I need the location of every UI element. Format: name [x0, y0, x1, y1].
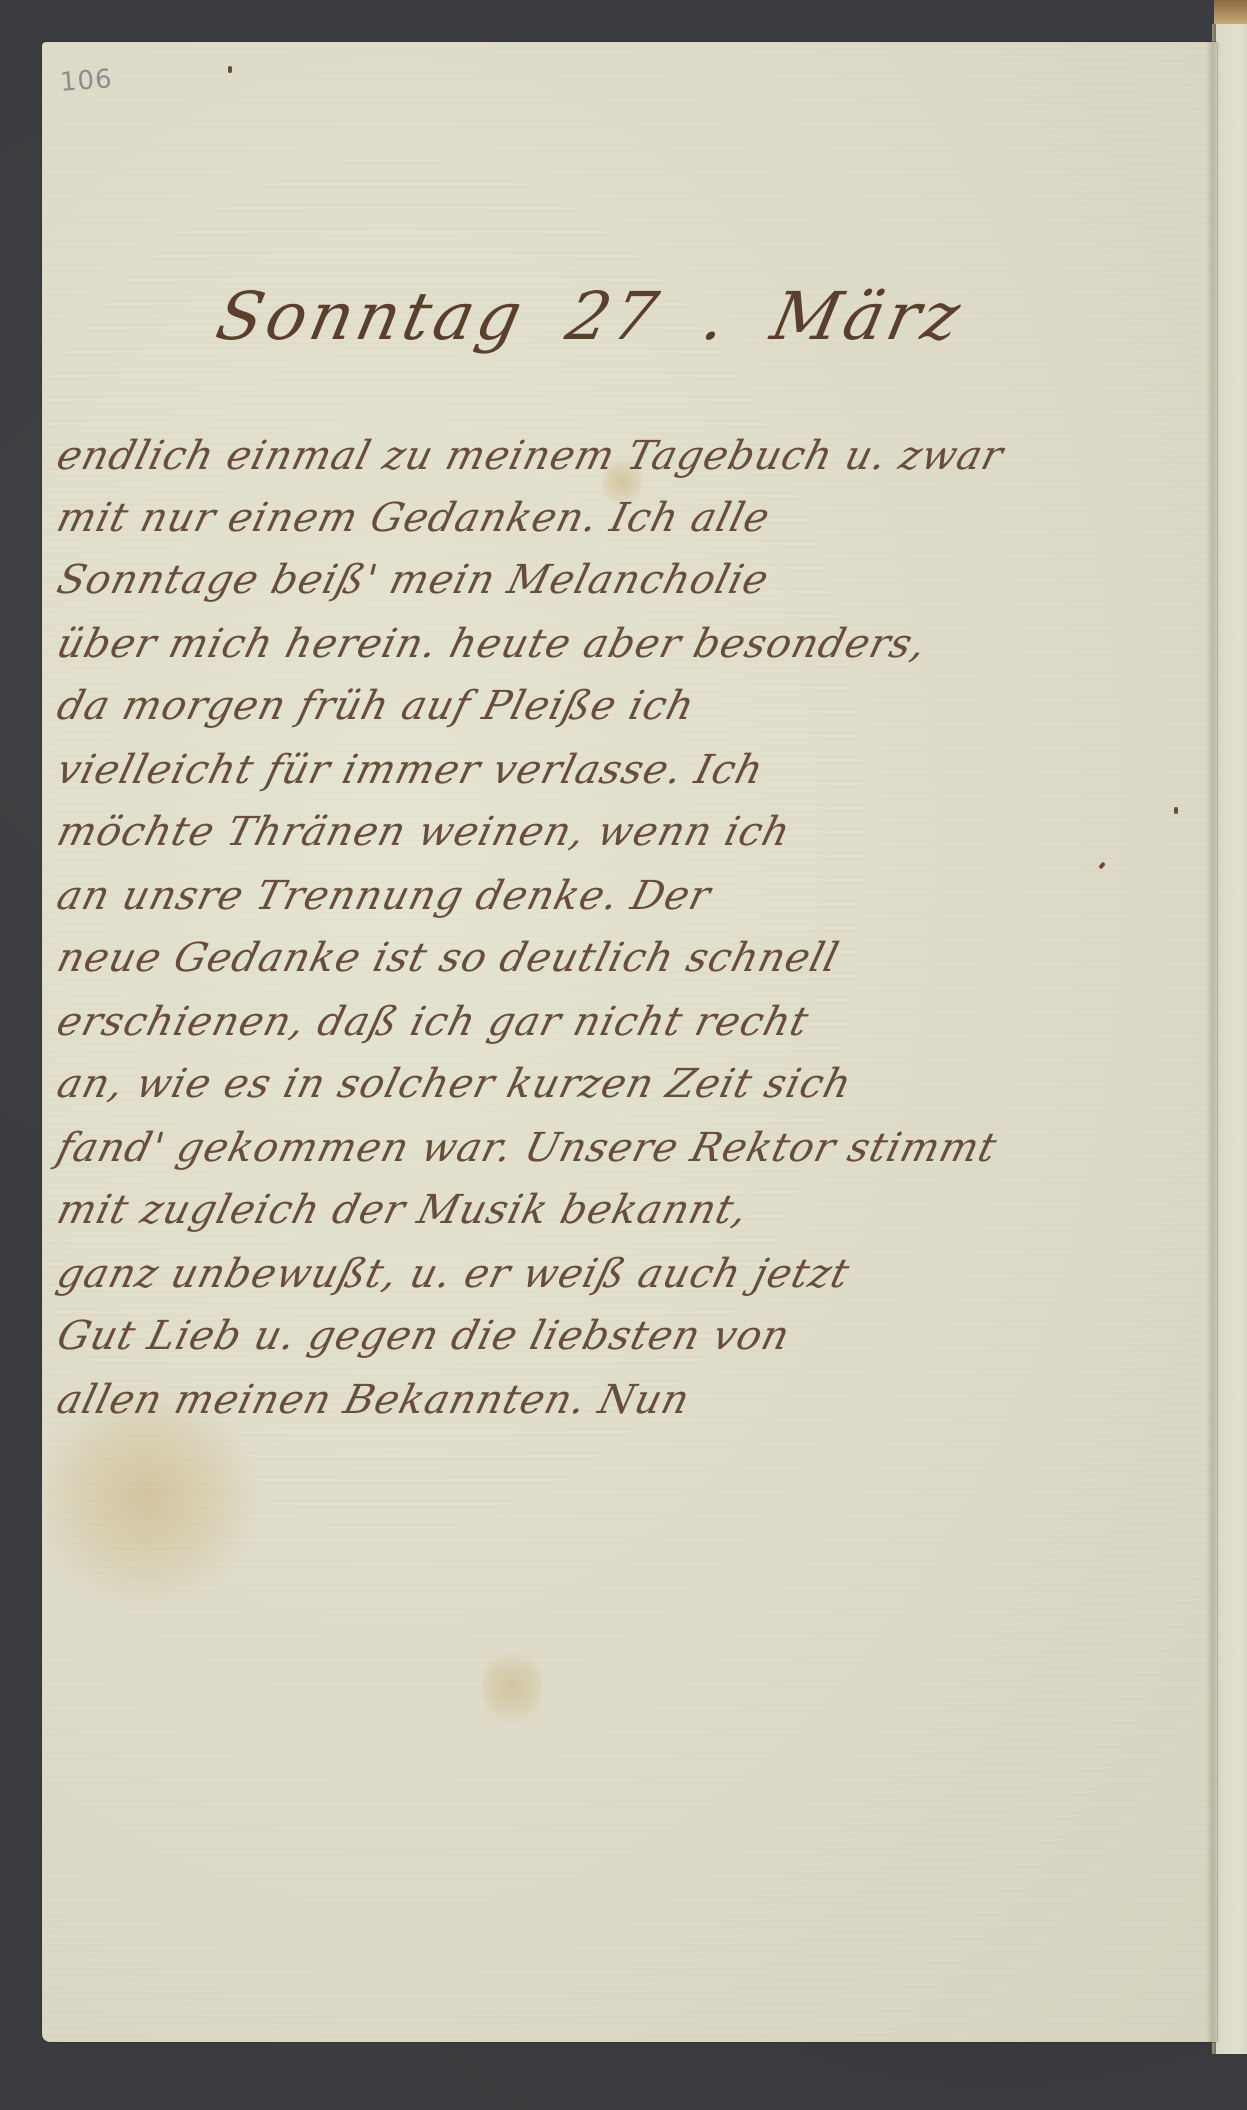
- text-line: endlich einmal zu meinem Tagebuch u. zwa…: [50, 425, 965, 487]
- text-line: mit zugleich der Musik bekannt,: [50, 1179, 966, 1243]
- text-line: allen meinen Bekannten. Nun: [50, 1369, 965, 1431]
- heading-separator: .: [696, 278, 737, 355]
- text-line: erschienen, daß ich gar nicht recht: [50, 991, 965, 1053]
- text-line: ganz unbewußt, u. er weiß auch jetzt: [50, 1243, 965, 1305]
- text-line: vielleicht für immer verlasse. Ich: [50, 739, 965, 801]
- ink-speck: [228, 66, 232, 73]
- text-line: über mich herein. heute aber besonders,: [50, 613, 965, 675]
- text-line: Gut Lieb u. gegen die liebsten von: [50, 1305, 966, 1369]
- ink-speck: [1098, 862, 1106, 870]
- text-line: an, wie es in solcher kurzen Zeit sich: [50, 1053, 966, 1117]
- ink-speck: [1174, 807, 1178, 814]
- foxing-stain: [482, 1642, 542, 1732]
- heading-day: 27: [560, 278, 668, 355]
- text-line: an unsre Trennung denke. Der: [50, 865, 965, 927]
- heading-month: März: [765, 278, 971, 355]
- page-fold-shadow: [1206, 42, 1220, 2042]
- text-line: Sonntage beiß' mein Melancholie: [50, 549, 966, 613]
- heading-weekday: Sonntag: [210, 278, 532, 355]
- entry-date-heading: Sonntag27.März: [210, 278, 1015, 355]
- text-line: mit nur einem Gedanken. Ich alle: [50, 487, 965, 549]
- text-line: da morgen früh auf Pleiße ich: [50, 675, 966, 739]
- binding-tab: [1214, 0, 1247, 24]
- text-line: fand' gekommen war. Unsere Rektor stimmt: [50, 1117, 965, 1179]
- manuscript-text: endlich einmal zu meinem Tagebuch u. zwa…: [58, 425, 958, 1431]
- folio-number: 106: [59, 64, 114, 98]
- text-line: neue Gedanke ist so deutlich schnell: [50, 927, 966, 991]
- text-line: möchte Thränen weinen, wenn ich: [50, 801, 966, 865]
